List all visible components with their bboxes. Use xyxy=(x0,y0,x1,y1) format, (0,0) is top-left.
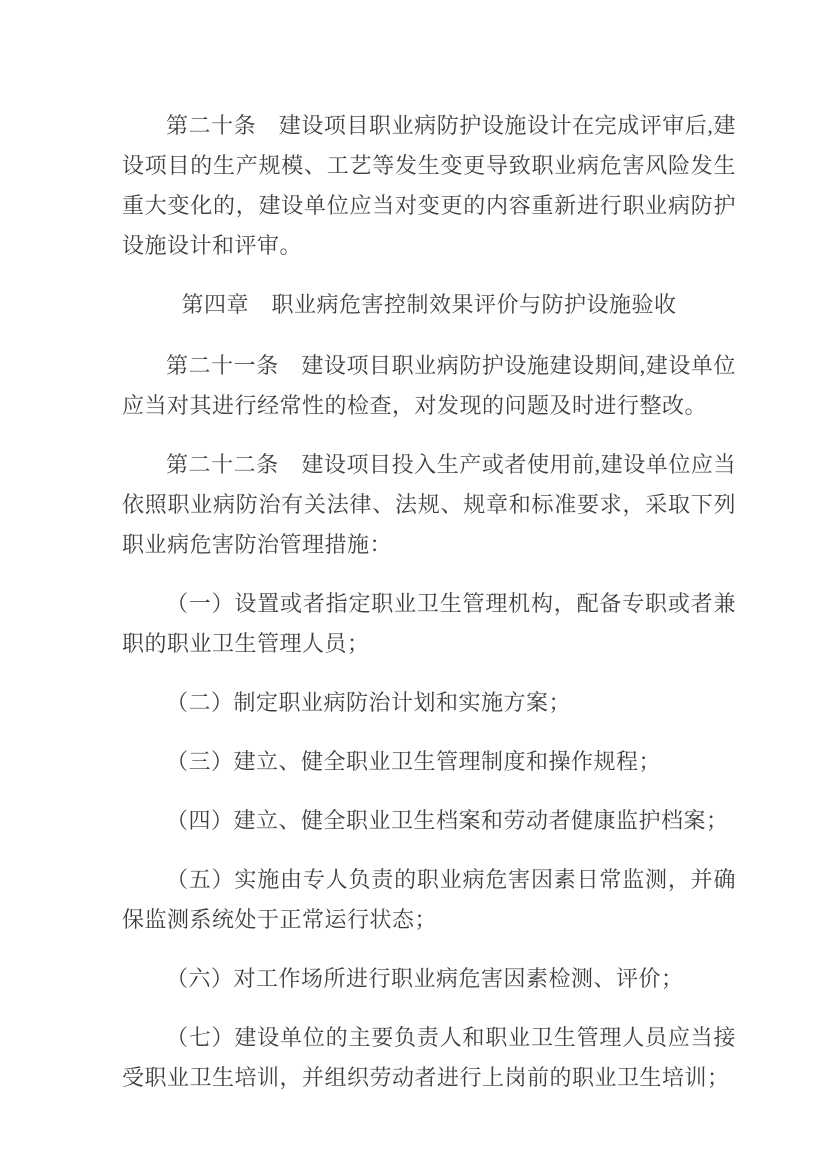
article-paragraph: 第二十二条 建设项目投入生产或者使用前,建设单位应当依照职业病防治有关法律、法规… xyxy=(122,445,736,565)
document-page: 第二十条 建设项目职业病防护设施设计在完成评审后,建设项目的生产规模、工艺等发生… xyxy=(0,0,827,1170)
numbered-item: （一）设置或者指定职业卫生管理机构，配备专职或者兼职的职业卫生管理人员； xyxy=(122,584,736,664)
numbered-item: （四）建立、健全职业卫生档案和劳动者健康监护档案； xyxy=(122,801,736,841)
numbered-item: （三）建立、健全职业卫生管理制度和操作规程； xyxy=(122,742,736,782)
numbered-item: （五）实施由专人负责的职业病危害因素日常监测，并确保监测系统处于正常运行状态； xyxy=(122,860,736,940)
article-paragraph: 第二十条 建设项目职业病防护设施设计在完成评审后,建设项目的生产规模、工艺等发生… xyxy=(122,106,736,266)
document-body: 第二十条 建设项目职业病防护设施设计在完成评审后,建设项目的生产规模、工艺等发生… xyxy=(122,106,736,1117)
numbered-item: （六）对工作场所进行职业病危害因素检测、评价； xyxy=(122,959,736,999)
numbered-item: （七）建设单位的主要负责人和职业卫生管理人员应当接受职业卫生培训，并组织劳动者进… xyxy=(122,1018,736,1098)
numbered-item: （二）制定职业病防治计划和实施方案； xyxy=(122,683,736,723)
chapter-heading: 第四章 职业病危害控制效果评价与防护设施验收 xyxy=(122,285,736,325)
article-paragraph: 第二十一条 建设项目职业病防护设施建设期间,建设单位应当对其进行经常性的检查，对… xyxy=(122,346,736,426)
